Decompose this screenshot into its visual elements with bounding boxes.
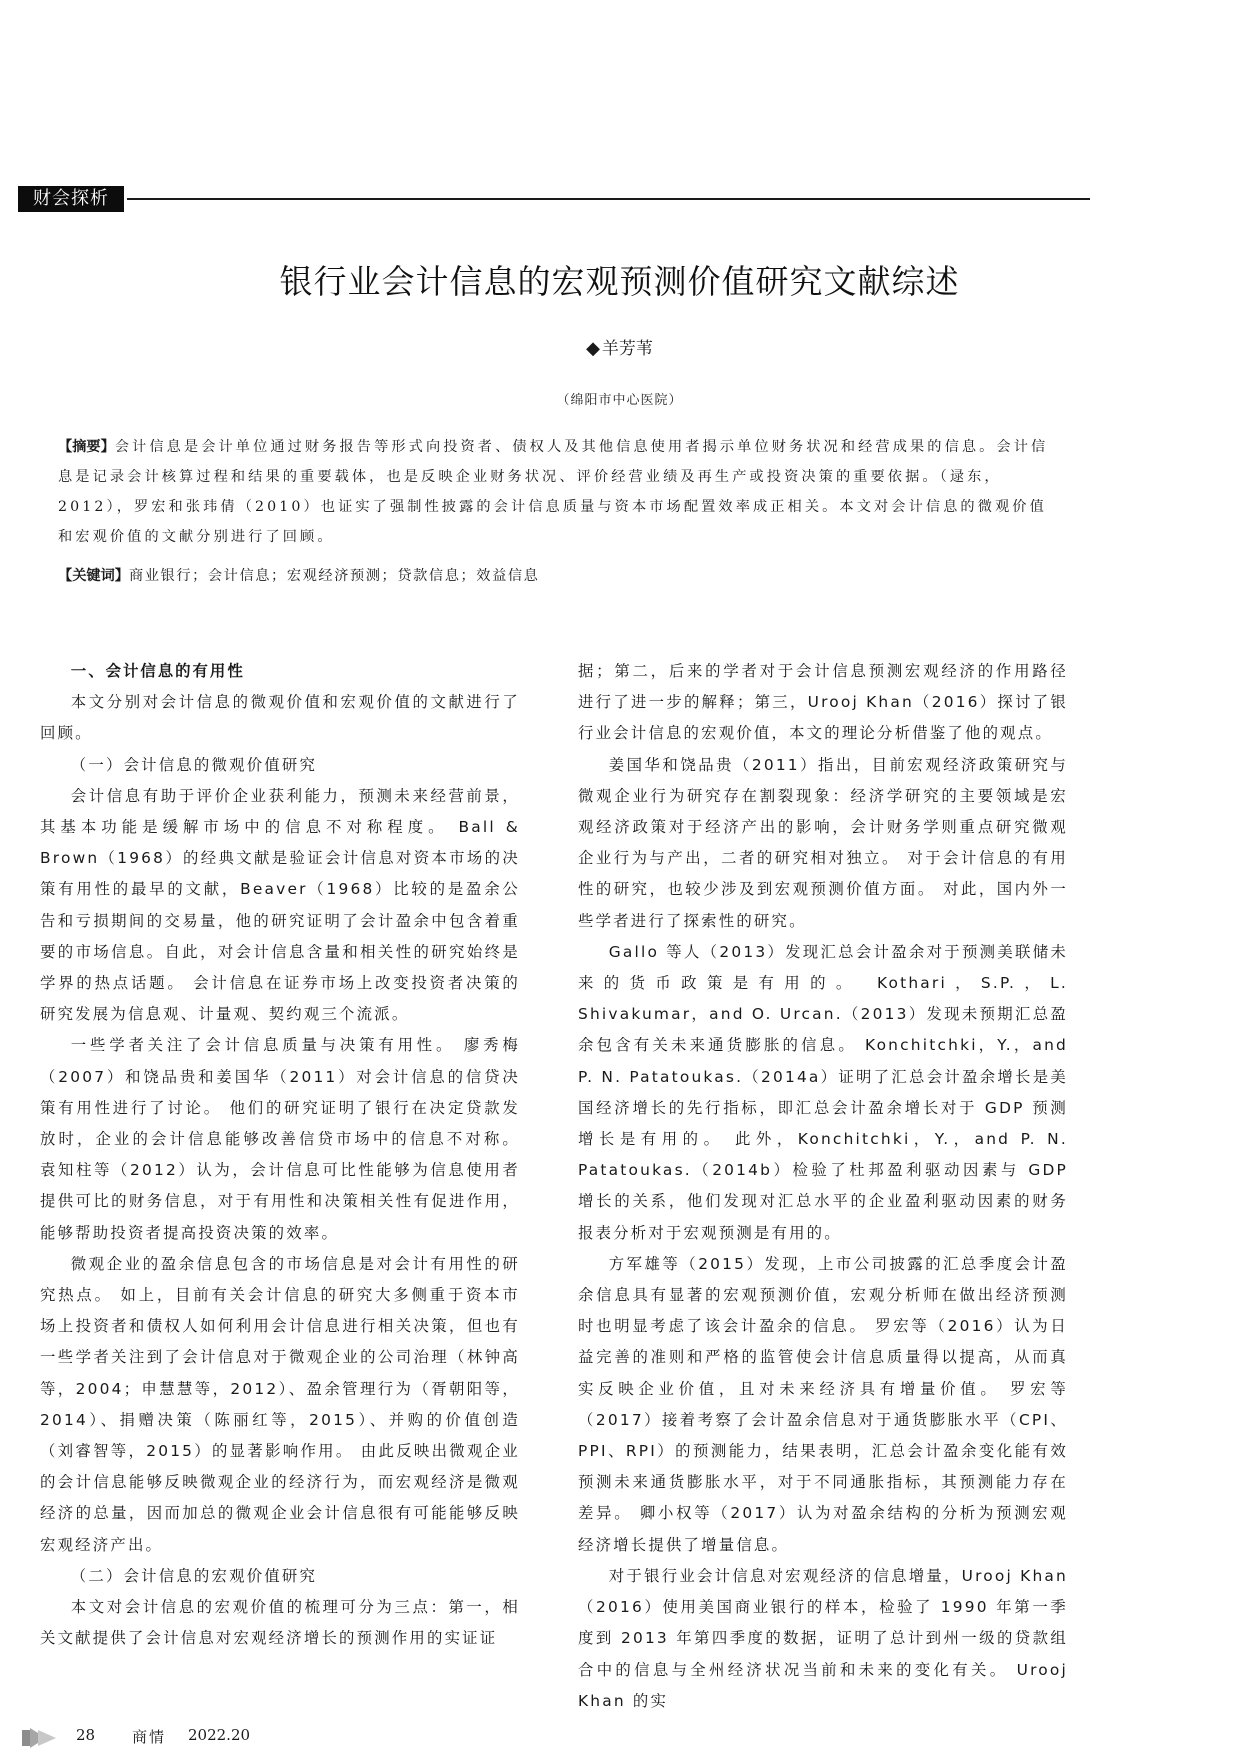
paragraph: 微观企业的盈余信息包含的市场信息是对会计有用性的研究热点。 如上，目前有关会计信… [40,1249,520,1561]
issue-number: 2022.20 [188,1726,250,1744]
paragraph: Gallo 等人（2013）发现汇总会计盈余对于预测美联储未来的货币政策是有用的… [578,937,1068,1249]
page-footer: 28 商情 2022.20 [22,1726,422,1750]
article-title: 银行业会计信息的宏观预测价值研究文献综述 [0,256,1239,303]
arrow-right-icon [22,1728,58,1748]
paragraph: 一些学者关注了会计信息质量与决策有用性。 廖秀梅（2007）和饶品贵和姜国华（2… [40,1030,520,1248]
paragraph: 本文对会计信息的宏观价值的梳理可分为三点：第一，相关文献提供了会计信息对宏观经济… [40,1592,520,1654]
keywords-text: 商业银行；会计信息；宏观经济预测；贷款信息；效益信息 [129,568,539,584]
body-column-left: 一、会计信息的有用性 本文分别对会计信息的微观价值和宏观价值的文献进行了回顾。 … [40,656,520,1655]
author-line: ◆羊芳苇 [0,334,1239,359]
paragraph: 本文分别对会计信息的微观价值和宏观价值的文献进行了回顾。 [40,687,520,749]
journal-name: 商情 [132,1726,166,1747]
section-tag: 财会探析 [18,186,124,212]
paragraph: 姜国华和饶品贵（2011）指出，目前宏观经济政策研究与微观企业行为研究存在割裂现… [578,750,1068,937]
paragraph: 对于银行业会计信息对宏观经济的信息增量，Urooj Khan（2016）使用美国… [578,1561,1068,1717]
abstract: 【摘要】会计信息是会计单位通过财务报告等形式向投资者、债权人及其他信息使用者揭示… [58,432,1058,552]
paragraph: 方军雄等（2015）发现，上市公司披露的汇总季度会计盈余信息具有显著的宏观预测价… [578,1249,1068,1561]
paragraph-continued: 据；第二，后来的学者对于会计信息预测宏观经济的作用路径进行了进一步的解释；第三，… [578,656,1068,750]
section-heading: 一、会计信息的有用性 [40,656,520,687]
diamond-icon: ◆ [586,338,600,359]
author-name: 羊芳苇 [602,339,653,359]
subsection-heading: （一）会计信息的微观价值研究 [40,750,520,781]
keywords-label: 【关键词】 [58,568,129,584]
body-column-right: 据；第二，后来的学者对于会计信息预测宏观经济的作用路径进行了进一步的解释；第三，… [578,656,1068,1717]
paragraph: 会计信息有助于评价企业获利能力，预测未来经营前景，其基本功能是缓解市场中的信息不… [40,781,520,1031]
abstract-label: 【摘要】 [58,439,115,455]
subsection-heading: （二）会计信息的宏观价值研究 [40,1561,520,1592]
section-rule-divider [127,198,1090,200]
keywords: 【关键词】商业银行；会计信息；宏观经济预测；贷款信息；效益信息 [58,561,1058,591]
section-banner: 财会探析 [18,186,1090,212]
page-number: 28 [76,1726,95,1744]
affiliation: （绵阳市中心医院） [0,389,1239,408]
abstract-text: 会计信息是会计单位通过财务报告等形式向投资者、债权人及其他信息使用者揭示单位财务… [58,439,1048,545]
